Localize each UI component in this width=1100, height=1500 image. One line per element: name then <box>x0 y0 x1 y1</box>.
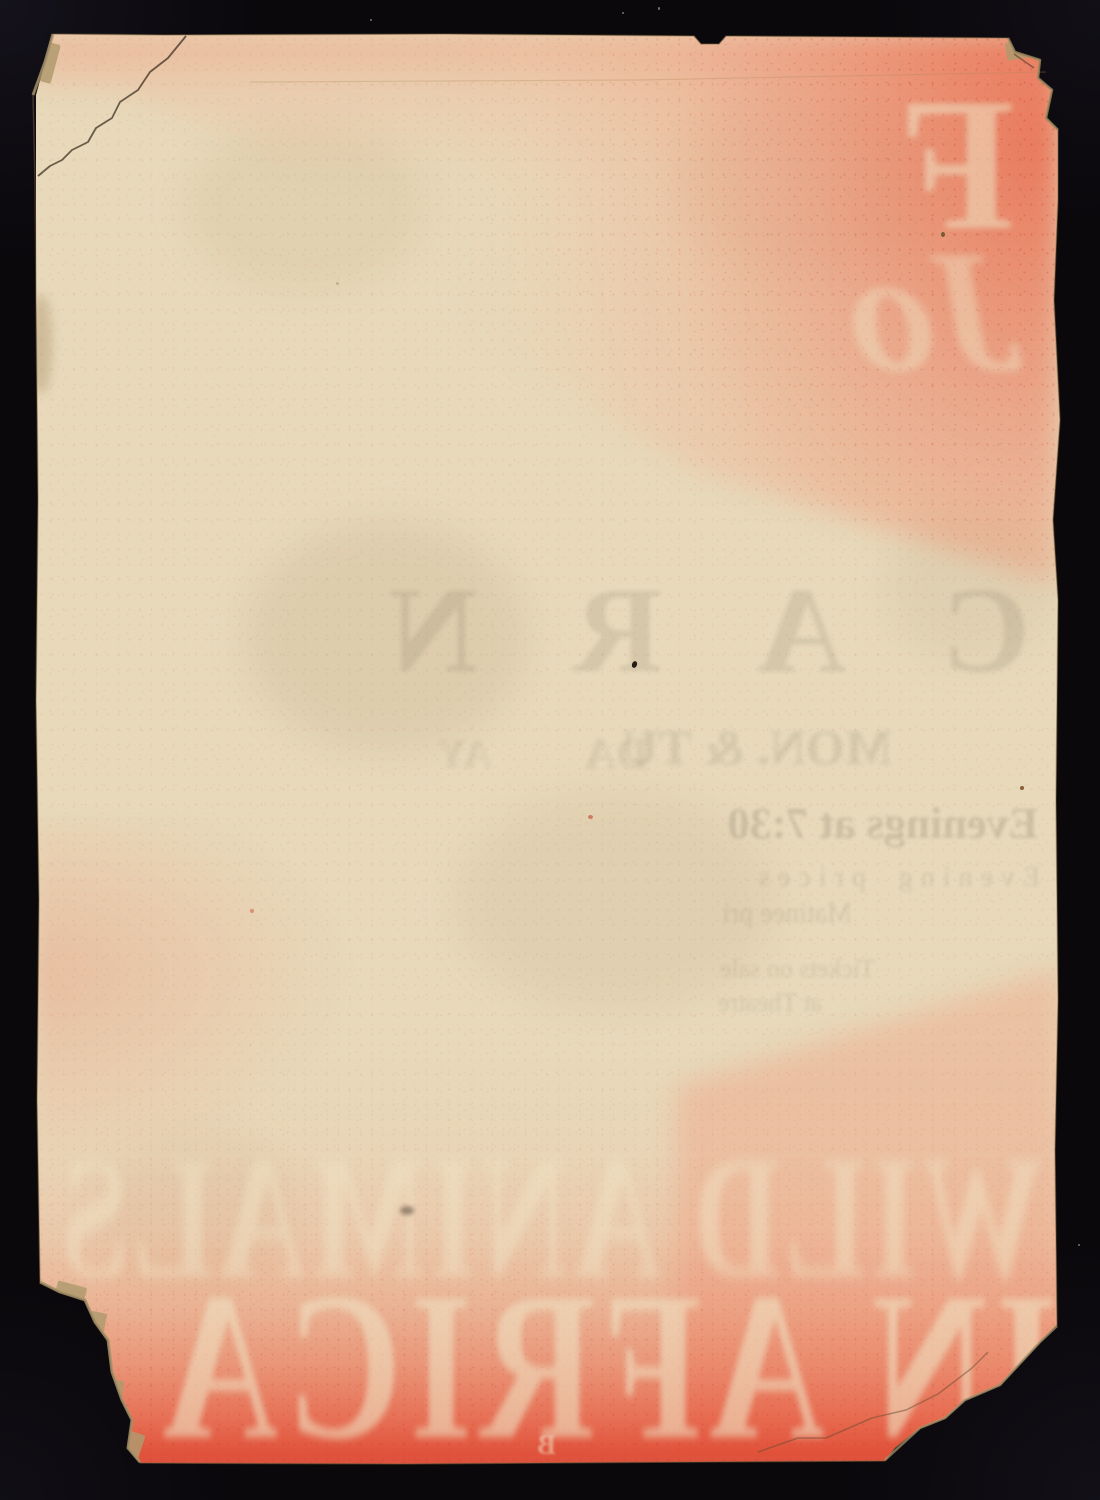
torn-edge-chip <box>106 1379 124 1420</box>
bleedthrough-days-2: DA <box>584 732 648 776</box>
bleedthrough-times: Evenings at 7:30 <box>728 802 1038 846</box>
bleedthrough-small-mark: B <box>537 1432 556 1460</box>
bleedthrough-prices-2: Matinee pri <box>722 900 852 928</box>
bleedthrough-layer: F Jo WILD ANIMALS IN AFRICA B CARN MON. … <box>36 32 1062 1466</box>
photo-backdrop: F Jo WILD ANIMALS IN AFRICA B CARN MON. … <box>0 0 1100 1500</box>
bleedthrough-days-3: AY <box>438 734 492 774</box>
torn-edge-chip <box>1005 37 1042 61</box>
ink-speck <box>941 232 945 237</box>
dust-speck <box>622 12 624 14</box>
smudge-speck <box>400 1206 414 1215</box>
bleedthrough-title-fragment: CARN <box>294 570 1030 692</box>
dust-speck <box>658 7 660 10</box>
bleedthrough-sales-1: Tickets on sale <box>720 956 875 982</box>
dust-speck <box>370 19 372 21</box>
ink-speck <box>336 282 339 285</box>
bleedthrough-letters-jo: Jo <box>847 224 1022 399</box>
bleedthrough-headline-2: IN AFRICA <box>155 1260 1058 1471</box>
dust-speck <box>1078 1244 1080 1246</box>
torn-edge-chip <box>85 1311 108 1348</box>
red-fleck <box>250 909 254 913</box>
bleedthrough-prices-1: Evening prices <box>751 864 1040 892</box>
red-fleck <box>588 815 593 819</box>
poster-verso-sheet: F Jo WILD ANIMALS IN AFRICA B CARN MON. … <box>36 32 1062 1466</box>
bleedthrough-days-1: MON. & TU <box>622 722 892 772</box>
bleedthrough-sales-2: at Theatre <box>718 990 822 1016</box>
ink-speck <box>1020 786 1024 790</box>
